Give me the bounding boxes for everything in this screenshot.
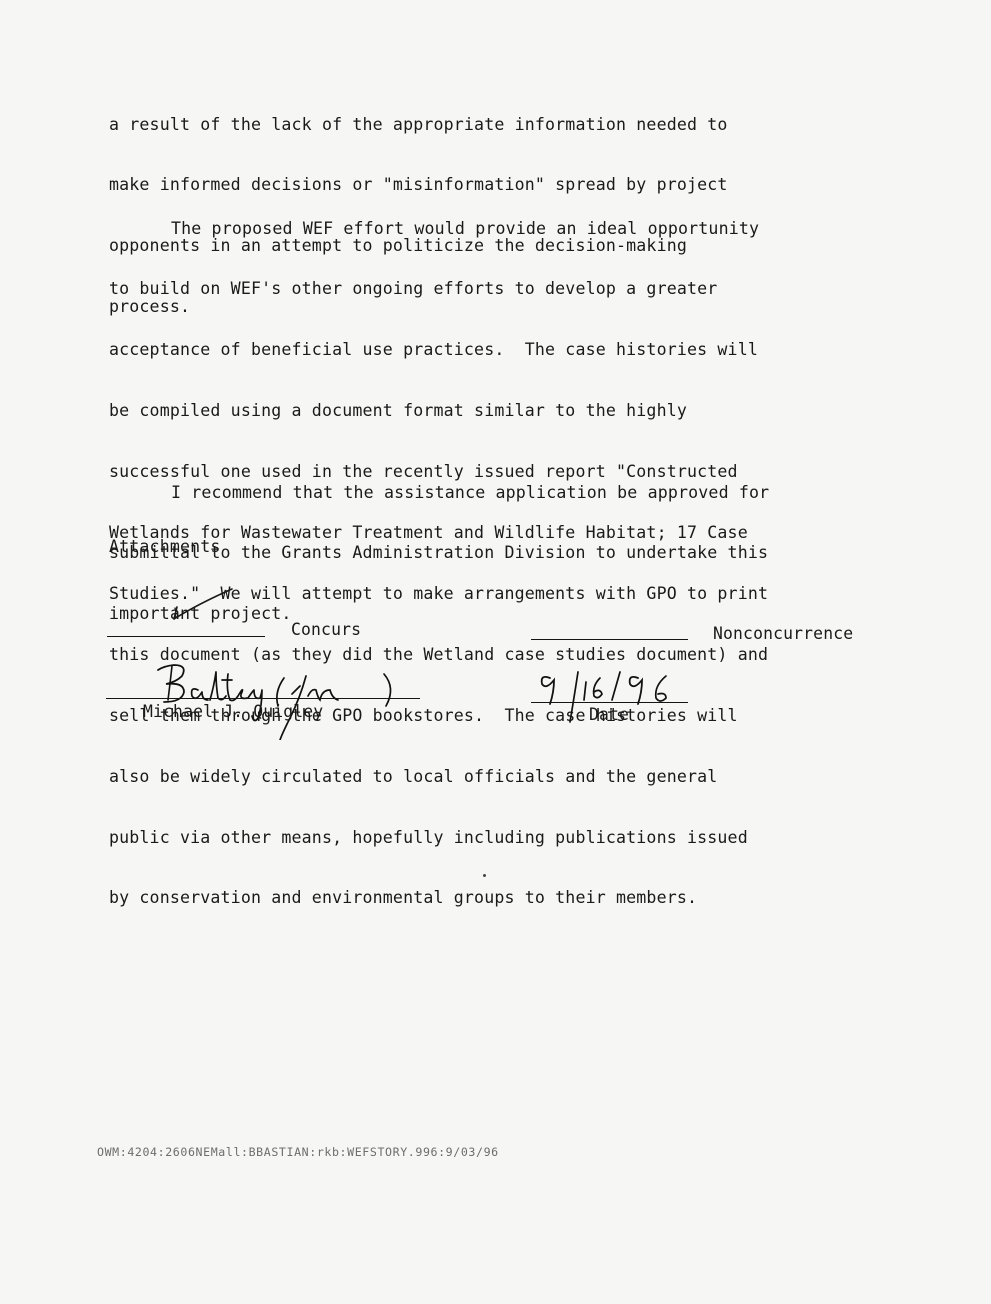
text-line: by conservation and environmental groups…: [109, 888, 909, 908]
text-line: also be widely circulated to local offic…: [109, 767, 909, 787]
text-line: public via other means, hopefully includ…: [109, 828, 909, 848]
concur-line: [107, 636, 265, 637]
text-line: submittal to the Grants Administration D…: [109, 543, 909, 563]
memo-page: a result of the lack of the appropriate …: [0, 0, 991, 1304]
text-line: to build on WEF's other ongoing efforts …: [109, 279, 909, 299]
nonconcurrence-label: Nonconcurrence: [713, 624, 853, 643]
signature-line: [106, 698, 420, 699]
text-line: be compiled using a document format simi…: [109, 401, 909, 421]
signer-name: Michael J. Quigley: [143, 702, 323, 721]
text-line: important project.: [109, 604, 909, 624]
text-line: The proposed WEF effort would provide an…: [109, 219, 909, 239]
concurs-label: Concurs: [291, 620, 361, 639]
date-label: Date: [589, 705, 629, 724]
scan-speck: [483, 874, 486, 877]
nonconcurrence-line: [531, 639, 688, 640]
date-line: [531, 702, 688, 703]
text-line: a result of the lack of the appropriate …: [109, 115, 909, 135]
footer-reference: OWM:4204:2606NEMall:BBASTIAN:rkb:WEFSTOR…: [97, 1145, 499, 1159]
text-line: I recommend that the assistance applicat…: [109, 483, 909, 503]
attachments-label: Attachments: [109, 537, 221, 556]
text-line: acceptance of beneficial use practices. …: [109, 340, 909, 360]
